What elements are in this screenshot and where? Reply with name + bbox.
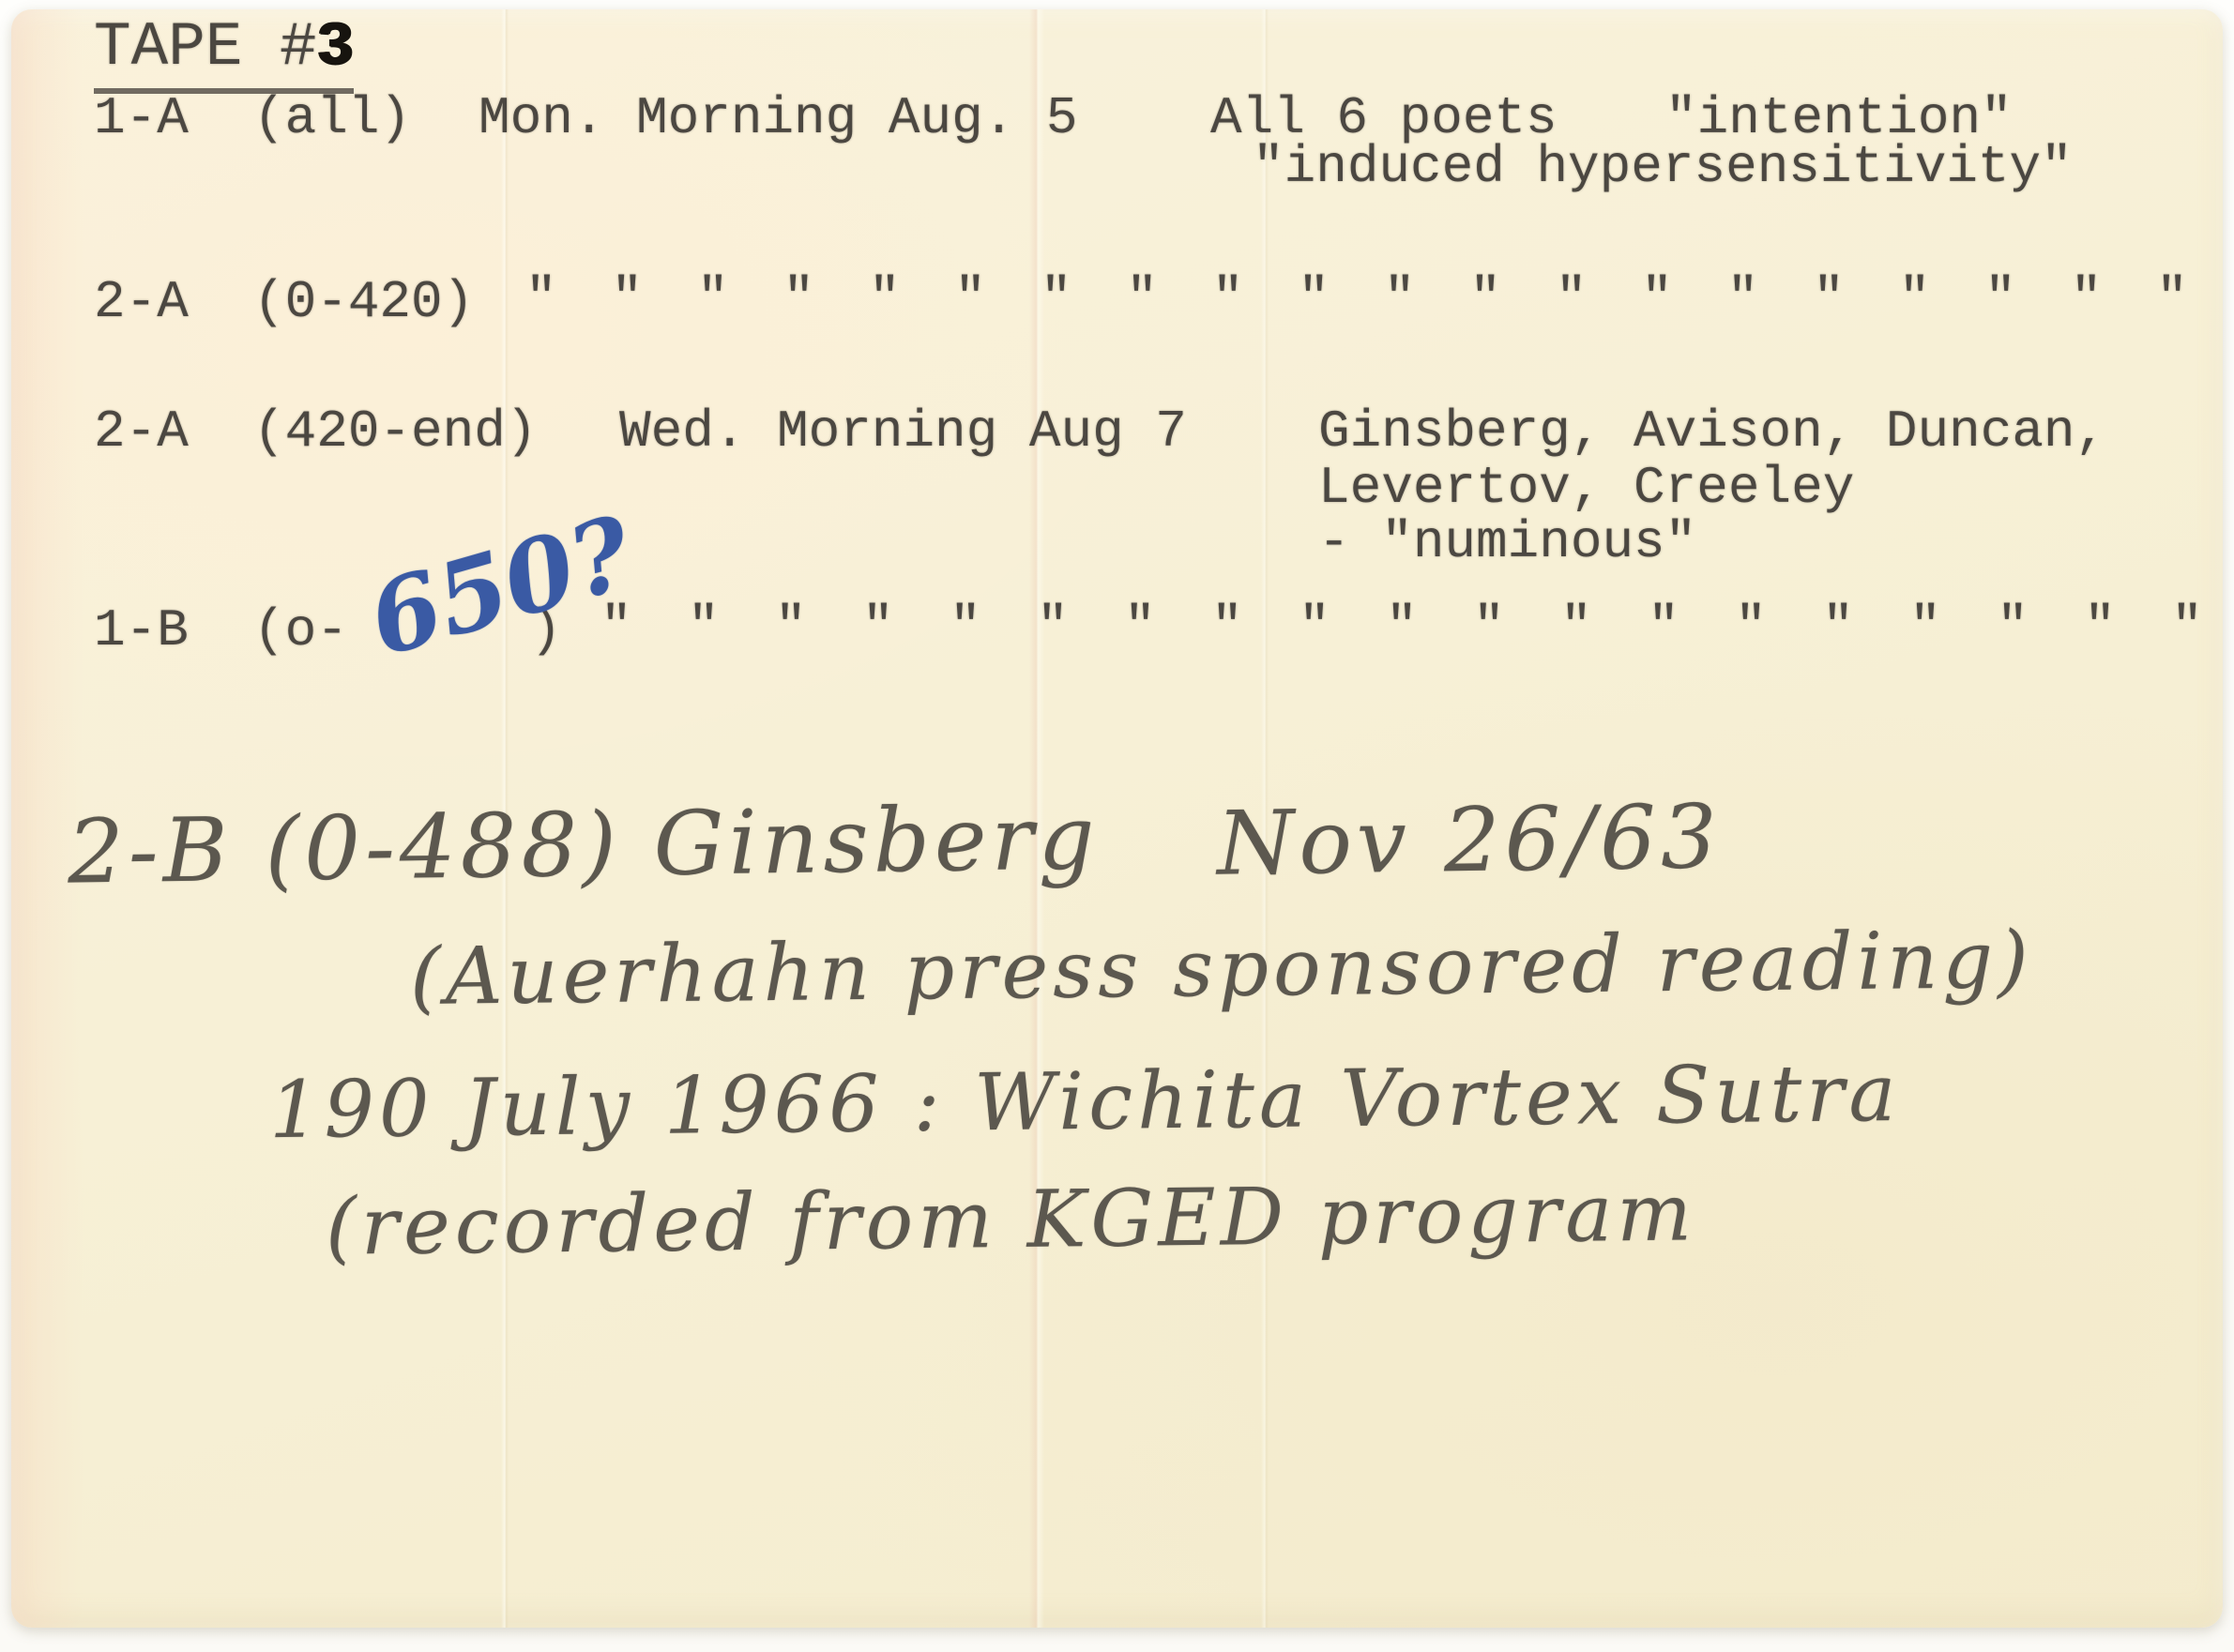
ditto-mark: "	[1556, 272, 1588, 325]
handwritten-entry-date: Nov 26/63	[1216, 794, 1722, 888]
ditto-mark: "	[1899, 272, 1931, 325]
ditto-mark: "	[775, 600, 807, 653]
row4-tape-id: 1-B	[94, 604, 189, 657]
ditto-mark: "	[1560, 600, 1592, 653]
ditto-mark: "	[697, 272, 729, 325]
handwritten-note-wichita: 190 July 1966 : Wichita Vortex Sutra	[269, 1053, 1901, 1149]
row1-session: Mon. Morning Aug. 5	[479, 92, 1078, 144]
ditto-mark: "	[1299, 600, 1330, 653]
row2-range: (0-420)	[253, 276, 474, 328]
ditto-mark: "	[1298, 272, 1330, 325]
ditto-mark: "	[1984, 272, 2016, 325]
row2-tape-id: 2-A	[94, 276, 189, 328]
ditto-mark: "	[1037, 600, 1069, 653]
ditto-mark: "	[1124, 600, 1156, 653]
ditto-mark: "	[862, 600, 894, 653]
row4-range-open: (o-	[253, 604, 348, 657]
handwritten-note-auerhahn: (Auerhahn press sponsored reading)	[410, 920, 2034, 1016]
row3-session: Wed. Morning Aug 7	[619, 405, 1187, 458]
row1-tape-id: 1-A	[94, 92, 189, 144]
ditto-mark: "	[1813, 272, 1845, 325]
ditto-mark: "	[2156, 272, 2188, 325]
ditto-mark: "	[1126, 272, 1158, 325]
row3-tape-id: 2-A	[94, 405, 189, 458]
ditto-mark: "	[1735, 600, 1767, 653]
ditto-mark: "	[600, 600, 632, 653]
title-number-overstruck: 3	[317, 12, 355, 83]
ditto-mark: "	[1211, 600, 1243, 653]
ditto-mark: "	[1641, 272, 1673, 325]
ditto-mark: "	[688, 600, 720, 653]
row3-range: (420-end)	[253, 405, 537, 458]
handwritten-note-recorded: (recorded from KGED program	[326, 1173, 1697, 1266]
row1-quote2: "induced hypersensitivity"	[1253, 141, 2073, 193]
row3-names-line2: Levertov, Creeley	[1318, 462, 1854, 514]
ditto-mark: "	[1727, 272, 1759, 325]
ditto-mark: "	[869, 272, 901, 325]
row1-range: (all)	[253, 92, 411, 144]
row2-ditto-marks: """"""""""""""""""""	[525, 272, 2188, 325]
index-card: TAPE #3 1-A (all) Mon. Morning Aug. 5 Al…	[11, 9, 2223, 1628]
ditto-mark: "	[1386, 600, 1418, 653]
row4-ditto-marks: """""""""""""""""""	[600, 600, 2203, 653]
ditto-mark: "	[954, 272, 986, 325]
ditto-mark: "	[2071, 272, 2103, 325]
title-prefix: TAPE #	[94, 12, 317, 83]
document-title: TAPE #3	[94, 17, 354, 94]
ditto-mark: "	[2084, 600, 2116, 653]
ditto-mark: "	[1909, 600, 1941, 653]
ditto-mark: "	[611, 272, 643, 325]
ditto-mark: "	[525, 272, 557, 325]
ditto-mark: "	[1997, 600, 2029, 653]
ditto-mark: "	[1473, 600, 1505, 653]
row3-names-line1: Ginsberg, Avison, Duncan,	[1318, 405, 2106, 458]
ditto-mark: "	[783, 272, 814, 325]
ditto-mark: "	[1212, 272, 1244, 325]
handwritten-entry-id: 2-B (0-488) Ginsberg	[67, 795, 1100, 897]
ditto-mark: "	[1384, 272, 1416, 325]
row3-names-line3: - "numinous"	[1318, 516, 1696, 568]
scanned-document: TAPE #3 1-A (all) Mon. Morning Aug. 5 Al…	[0, 0, 2234, 1652]
ditto-mark: "	[950, 600, 981, 653]
ditto-mark: "	[2171, 600, 2203, 653]
ditto-mark: "	[1822, 600, 1854, 653]
ditto-mark: "	[1469, 272, 1501, 325]
ditto-mark: "	[1041, 272, 1072, 325]
ditto-mark: "	[1648, 600, 1679, 653]
